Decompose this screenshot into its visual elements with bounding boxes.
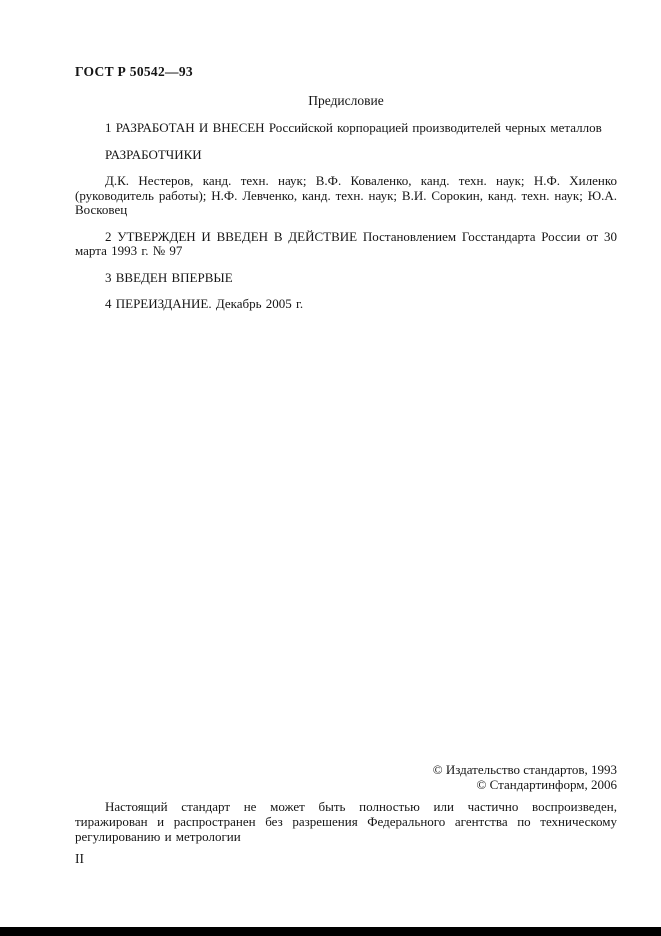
page-content: ГОСТ Р 50542—93 Предисловие 1 РАЗРАБОТАН… <box>75 64 617 324</box>
document-page: ГОСТ Р 50542—93 Предисловие 1 РАЗРАБОТАН… <box>0 0 661 936</box>
preface-item-4-reissue: 4 ПЕРЕИЗДАНИЕ. Декабрь 2005 г. <box>75 297 617 312</box>
developers-list: Д.К. Нестеров, канд. техн. наук; В.Ф. Ко… <box>75 174 617 218</box>
copyright-standartinform-2006: © Стандартинформ, 2006 <box>75 777 617 792</box>
developers-label: РАЗРАБОТЧИКИ <box>75 148 617 163</box>
bottom-edge-bar <box>0 927 661 936</box>
preface-heading: Предисловие <box>75 93 617 108</box>
preface-item-1-developed: 1 РАЗРАБОТАН И ВНЕСЕН Российской корпора… <box>75 121 617 136</box>
reproduction-restriction-notice: Настоящий стандарт не может быть полност… <box>75 799 617 844</box>
page-number: II <box>75 851 617 866</box>
preface-item-3-first-edition: 3 ВВЕДЕН ВПЕРВЫЕ <box>75 271 617 286</box>
preface-item-2-approved: 2 УТВЕРЖДЕН И ВВЕДЕН В ДЕЙСТВИЕ Постанов… <box>75 230 617 259</box>
copyright-publisher-1993: © Издательство стандартов, 1993 <box>75 762 617 777</box>
standard-designation-header: ГОСТ Р 50542—93 <box>75 64 617 79</box>
page-footer: © Издательство стандартов, 1993 © Станда… <box>75 762 617 866</box>
